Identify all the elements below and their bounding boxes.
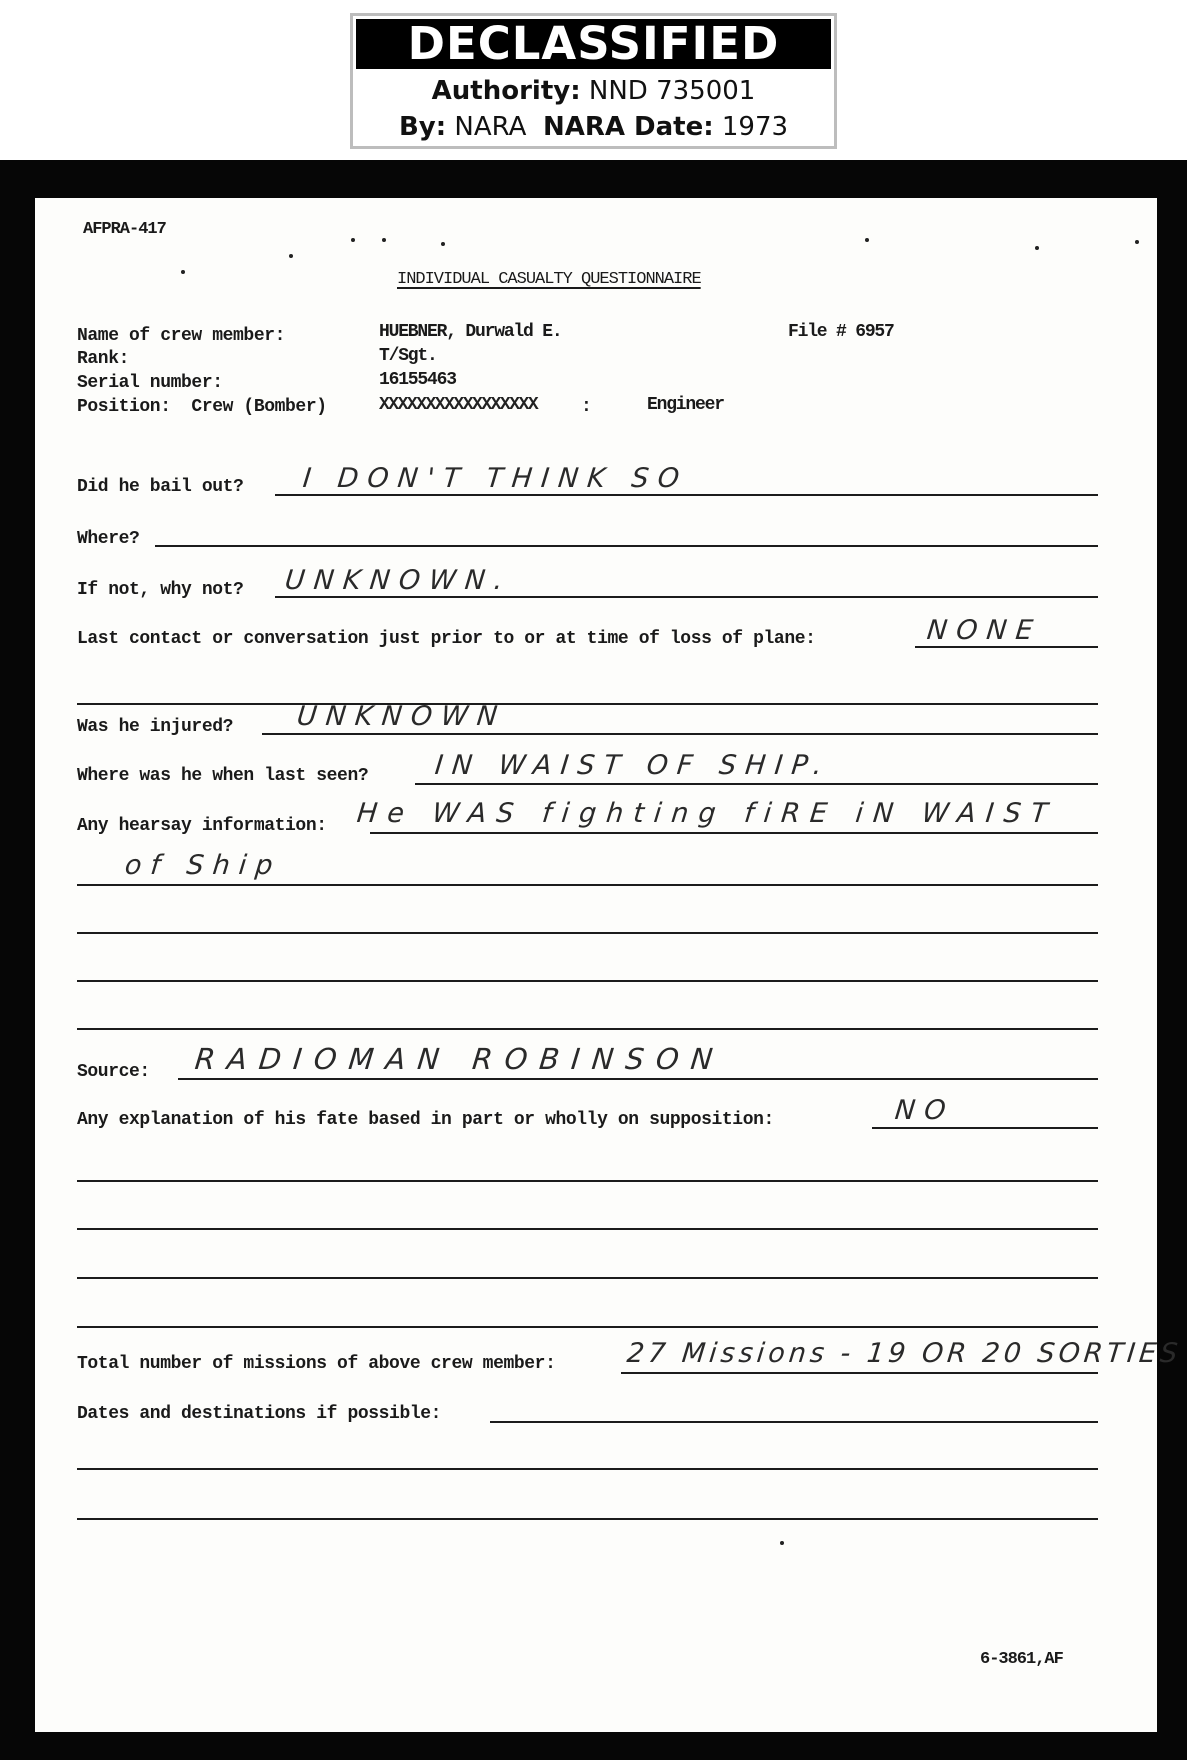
- answer-line-source: [178, 1078, 1098, 1080]
- stamp-authority-line: Authority: NND 735001: [353, 76, 834, 106]
- form-footer-code: 6-3861,AF: [980, 1650, 1063, 1670]
- answer-line-hearsay: [370, 832, 1098, 834]
- stamp-authority-label: Authority:: [432, 76, 581, 106]
- rank-value: T/Sgt.: [379, 346, 437, 366]
- answer-explanation: NO: [893, 1096, 956, 1126]
- question-last-seen: Where was he when last seen?: [77, 766, 368, 786]
- stamp-authority-value: NND 735001: [589, 76, 755, 106]
- speck: [441, 242, 445, 246]
- rank-label: Rank:: [77, 349, 129, 369]
- name-value: HUEBNER, Durwald E.: [379, 322, 561, 342]
- answer-line-explanation: [872, 1127, 1098, 1129]
- answer-last-contact: NONE: [925, 616, 1043, 646]
- answer-line-explanation-3: [77, 1228, 1098, 1230]
- answer-line-injured: [262, 733, 1098, 735]
- name-label: Name of crew member:: [77, 326, 285, 346]
- answer-line-hearsay-5: [77, 1028, 1098, 1030]
- serial-label: Serial number:: [77, 373, 223, 393]
- answer-hearsay: He WAS fighting fiRE iN WAIST: [355, 799, 1058, 829]
- question-explanation: Any explanation of his fate based in par…: [77, 1110, 774, 1130]
- answer-total-missions: 27 Missions - 19 OR 20 SORTIES: [625, 1339, 1182, 1369]
- answer-last-seen: IN WAIST OF SHIP.: [433, 751, 832, 781]
- file-number: File # 6957: [788, 322, 894, 342]
- answer-line-explanation-5: [77, 1326, 1098, 1328]
- answer-source: RADIOMAN ROBINSON: [193, 1044, 726, 1074]
- question-dates-destinations: Dates and destinations if possible:: [77, 1404, 441, 1424]
- answer-line-dates: [490, 1421, 1098, 1423]
- position-value: Engineer: [647, 395, 724, 415]
- position-label: Position: Crew (Bomber): [77, 397, 327, 417]
- speck: [382, 238, 386, 242]
- question-bail-out: Did he bail out?: [77, 477, 243, 497]
- answer-line-hearsay-3: [77, 932, 1098, 934]
- answer-injured: UNKNOWN: [295, 702, 507, 732]
- answer-line-why-not: [275, 596, 1098, 598]
- speck: [780, 1541, 784, 1545]
- speck: [181, 270, 185, 274]
- stamp-by-value: NARA: [454, 112, 526, 142]
- answer-line-explanation-2: [77, 1180, 1098, 1182]
- questionnaire-page: AFPRA-417 INDIVIDUAL CASUALTY QUESTIONNA…: [35, 198, 1157, 1732]
- speck: [1135, 240, 1139, 244]
- stamp-by-label: By:: [399, 112, 446, 142]
- stamp-date-value: 1973: [722, 112, 788, 142]
- speck: [351, 238, 355, 242]
- stamp-date-label: NARA Date:: [543, 112, 714, 142]
- speck: [289, 254, 293, 258]
- form-title: INDIVIDUAL CASUALTY QUESTIONNAIRE: [397, 270, 701, 290]
- answer-line-last-contact-2: [77, 703, 1098, 705]
- serial-value: 16155463: [379, 370, 456, 390]
- speck: [1035, 246, 1039, 250]
- answer-line-last-seen: [415, 783, 1098, 785]
- answer-line-bail-out: [275, 494, 1098, 496]
- speck: [865, 238, 869, 242]
- question-where: Where?: [77, 529, 139, 549]
- answer-line-dates-2: [77, 1468, 1098, 1470]
- position-struck-text: XXXXXXXXXXXXXXXXX: [379, 395, 537, 415]
- stamp-title: DECLASSIFIED: [356, 19, 831, 69]
- question-why-not: If not, why not?: [77, 580, 243, 600]
- answer-why-not: UNKNOWN.: [283, 566, 513, 596]
- answer-bail-out: I DON'T THINK SO: [301, 464, 689, 494]
- stamp-by-line: By: NARA NARA Date: 1973: [353, 112, 834, 142]
- declassified-stamp: DECLASSIFIED Authority: NND 735001 By: N…: [350, 13, 837, 149]
- form-code: AFPRA-417: [83, 220, 166, 240]
- answer-line-hearsay-4: [77, 980, 1098, 982]
- position-colon: :: [581, 397, 591, 417]
- answer-line-total-missions: [621, 1372, 1098, 1374]
- answer-line-dates-3: [77, 1518, 1098, 1520]
- answer-hearsay-continued: of Ship: [123, 851, 283, 881]
- question-total-missions: Total number of missions of above crew m…: [77, 1354, 555, 1374]
- question-last-contact: Last contact or conversation just prior …: [77, 629, 816, 649]
- answer-line-hearsay-2: [77, 884, 1098, 886]
- question-injured: Was he injured?: [77, 717, 233, 737]
- answer-line-last-contact: [915, 646, 1098, 648]
- answer-line-where: [155, 545, 1098, 547]
- question-source: Source:: [77, 1062, 150, 1082]
- answer-line-explanation-4: [77, 1277, 1098, 1279]
- question-hearsay: Any hearsay information:: [77, 816, 327, 836]
